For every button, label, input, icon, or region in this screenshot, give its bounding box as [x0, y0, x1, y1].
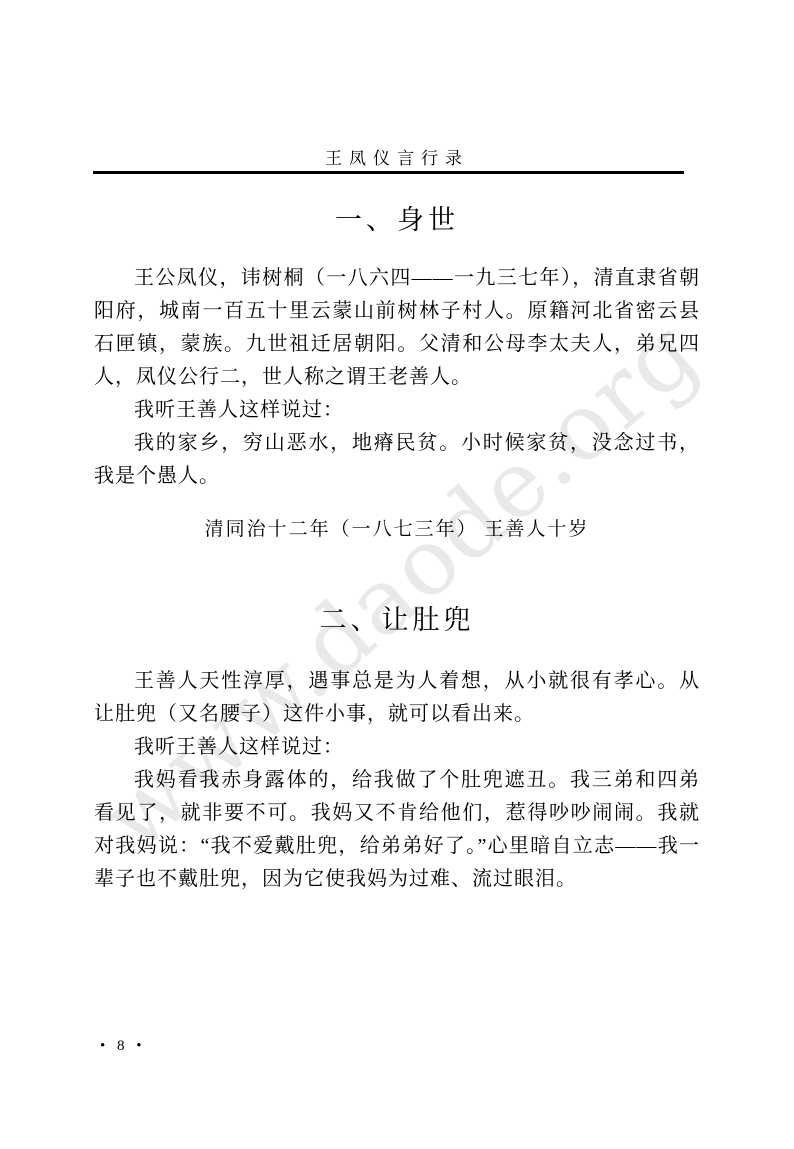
paragraph: 王公凤仪，讳树桐（一八六四——一九三七年），清直隶省朝阳府，城南一百五十里云蒙山… — [94, 262, 700, 394]
paragraph: 我妈看我赤身露体的，给我做了个肚兜遮丑。我三弟和四弟看见了，就非要不可。我妈又不… — [94, 764, 700, 896]
book-page: www.daode.org 王凤仪言行录 一、身世 王公凤仪，讳树桐（一八六四—… — [0, 0, 794, 1149]
paragraph: 我听王善人这样说过： — [94, 731, 700, 764]
date-note: 清同治十二年（一八七三年） 王善人十岁 — [94, 514, 700, 541]
paragraph: 王善人天性淳厚，遇事总是为人着想，从小就很有孝心。从让肚兜（又名腰子）这件小事，… — [94, 665, 700, 731]
section-title-2: 二、让肚兜 — [94, 598, 700, 637]
section-2-body: 王善人天性淳厚，遇事总是为人着想，从小就很有孝心。从让肚兜（又名腰子）这件小事，… — [94, 665, 700, 896]
section-1-body: 王公凤仪，讳树桐（一八六四——一九三七年），清直隶省朝阳府，城南一百五十里云蒙山… — [94, 262, 700, 493]
running-header: 王凤仪言行录 — [94, 144, 700, 169]
page-number: • 8 • — [100, 1038, 146, 1055]
paragraph: 我听王善人这样说过： — [94, 394, 700, 427]
section-title-1: 一、身世 — [94, 198, 700, 237]
paragraph: 我的家乡，穷山恶水，地瘠民贫。小时候家贫，没念过书，我是个愚人。 — [94, 427, 700, 493]
header-rule — [93, 171, 684, 174]
